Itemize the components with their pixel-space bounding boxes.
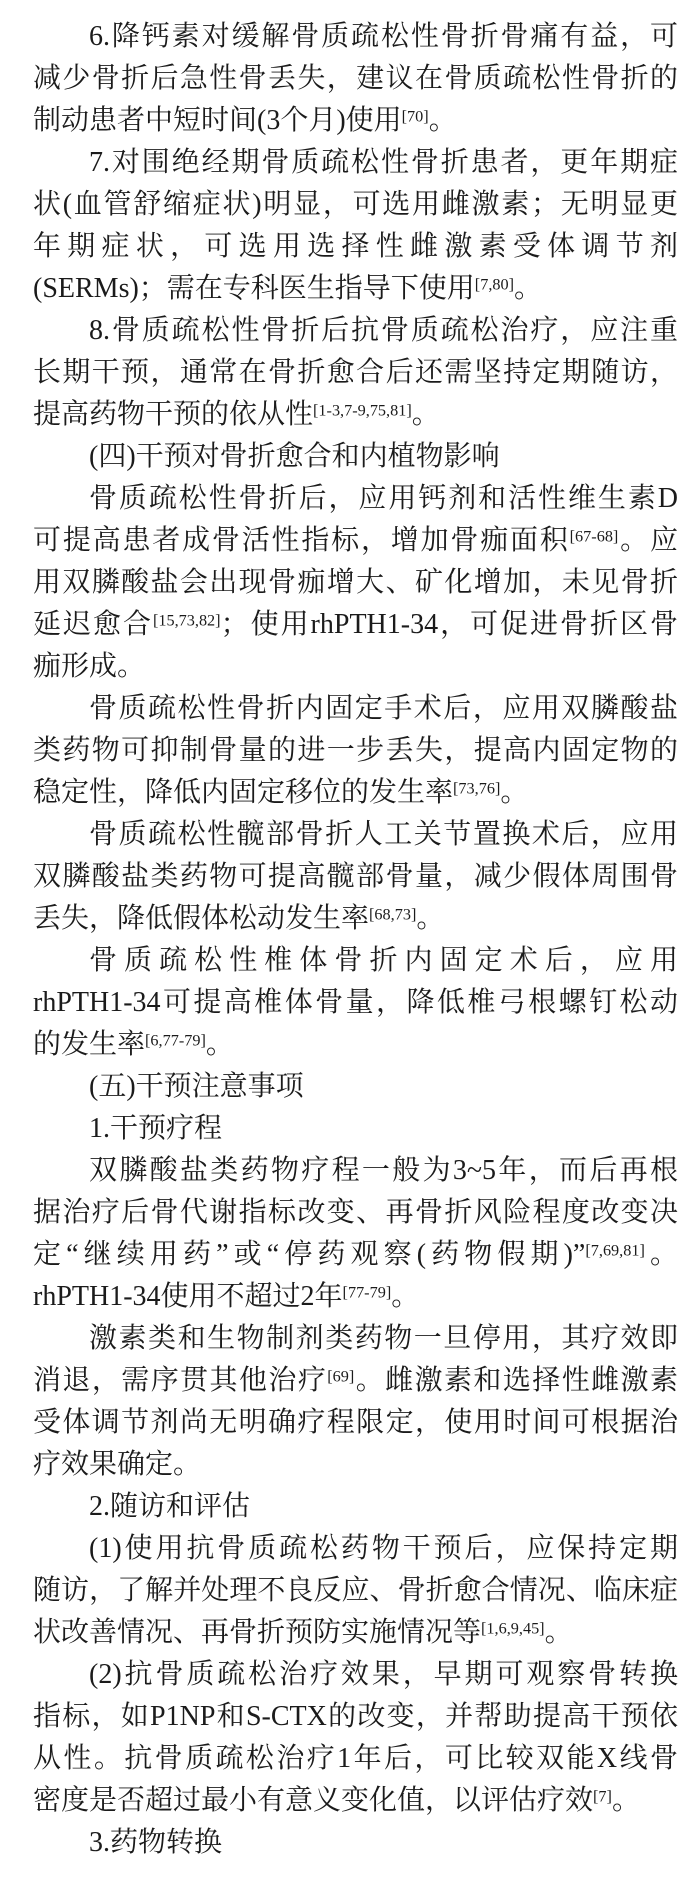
text-run: 。 — [416, 903, 444, 934]
text-line: 消退，需序贯其他治疗[69]。雌激素和选择性雌激素 — [33, 1360, 678, 1402]
text-run: 。 — [391, 1281, 419, 1312]
text-run: rhPTH1-34可提高椎体骨量，降低椎弓根螺钉松动 — [33, 987, 678, 1018]
text-run: 双膦酸盐类药物可提高髋部骨量，减少假体周围骨 — [33, 861, 678, 892]
text-line: 据治疗后骨代谢指标改变、再骨折风险程度改变决 — [33, 1192, 678, 1234]
citation-ref: [70] — [402, 108, 429, 126]
text-line: (五)干预注意事项 — [33, 1066, 678, 1108]
text-line: 指标，如P1NP和S-CTX的改变，并帮助提高干预依 — [33, 1696, 678, 1738]
text-run: 。 — [429, 105, 457, 136]
text-run: 用双膦酸盐会出现骨痂增大、矿化增加，未见骨折 — [33, 567, 678, 598]
text-run: 消退，需序贯其他治疗 — [33, 1365, 327, 1396]
text-run: 据治疗后骨代谢指标改变、再骨折风险程度改变决 — [33, 1197, 678, 1228]
text-run: 6.降钙素对缓解骨质疏松性骨折骨痛有益，可 — [89, 21, 678, 52]
text-line: 丢失，降低假体松动发生率[68,73]。 — [33, 898, 678, 940]
text-run: 。 — [645, 1239, 678, 1270]
text-line: 可提高患者成骨活性指标，增加骨痂面积[67-68]。应 — [33, 520, 678, 562]
citation-ref: [1-3,7-9,75,81] — [313, 402, 412, 420]
text-run: 激素类和生物制剂类药物一旦停用，其疗效即 — [89, 1323, 678, 1354]
text-run: 骨质疏松性骨折后，应用钙剂和活性维生素D — [89, 483, 678, 514]
citation-ref: [69] — [327, 1368, 354, 1386]
citation-ref: [15,73,82] — [153, 612, 221, 630]
text-line: 密度是否超过最小有意义变化值，以评估疗效[7]。 — [33, 1780, 678, 1822]
text-run: 8.骨质疏松性骨折后抗骨质疏松治疗，应注重 — [89, 315, 678, 346]
text-run: 丢失，降低假体松动发生率 — [33, 903, 369, 934]
text-run: 。应 — [618, 525, 678, 556]
text-run: 。 — [412, 399, 440, 430]
text-line: 随访，了解并处理不良反应、骨折愈合情况、临床症 — [33, 1570, 678, 1612]
text-run: 。 — [545, 1617, 573, 1648]
text-line: 定“继续用药”或“停药观察(药物假期)”[7,69,81]。 — [33, 1234, 678, 1276]
citation-ref: [73,76] — [453, 780, 500, 798]
text-line: rhPTH1-34可提高椎体骨量，降低椎弓根螺钉松动 — [33, 982, 678, 1024]
text-run: 的发生率 — [33, 1029, 145, 1060]
text-line: 痂形成。 — [33, 646, 678, 688]
text-run: 。 — [612, 1785, 640, 1816]
text-line: 年期症状，可选用选择性雌激素受体调节剂 — [33, 226, 678, 268]
text-line: 疗效果确定。 — [33, 1444, 678, 1486]
text-line: (四)干预对骨折愈合和内植物影响 — [33, 436, 678, 478]
text-run: 密度是否超过最小有意义变化值，以评估疗效 — [33, 1785, 593, 1816]
text-line: (SERMs)；需在专科医生指导下使用[7,80]。 — [33, 268, 678, 310]
text-line: 制动患者中短时间(3个月)使用[70]。 — [33, 100, 678, 142]
text-run: (2)抗骨质疏松治疗效果，早期可观察骨转换 — [89, 1659, 678, 1690]
text-run: 制动患者中短时间(3个月)使用 — [33, 105, 402, 136]
text-run: 稳定性，降低内固定移位的发生率 — [33, 777, 453, 808]
text-line: 2.随访和评估 — [33, 1486, 678, 1528]
text-run: 3.药物转换 — [89, 1827, 222, 1858]
citation-ref: [77-79] — [343, 1284, 392, 1302]
text-line: 长期干预，通常在骨折愈合后还需坚持定期随访， — [33, 352, 678, 394]
text-line: 状(血管舒缩症状)明显，可选用雌激素；无明显更 — [33, 184, 678, 226]
text-line: 双膦酸盐类药物可提高髋部骨量，减少假体周围骨 — [33, 856, 678, 898]
text-line: 骨质疏松性椎体骨折内固定术后，应用 — [33, 940, 678, 982]
citation-ref: [6,77-79] — [145, 1032, 206, 1050]
text-run: 随访，了解并处理不良反应、骨折愈合情况、临床症 — [33, 1575, 678, 1606]
text-line: 受体调节剂尚无明确疗程限定，使用时间可根据治 — [33, 1402, 678, 1444]
citation-ref: [1,6,9,45] — [481, 1620, 545, 1638]
citation-ref: [7,80] — [475, 276, 514, 294]
text-run: 状(血管舒缩症状)明显，可选用雌激素；无明显更 — [33, 189, 678, 220]
text-run: 。雌激素和选择性雌激素 — [354, 1365, 678, 1396]
text-run: (四)干预对骨折愈合和内植物影响 — [89, 441, 500, 472]
text-line: 7.对围绝经期骨质疏松性骨折患者，更年期症 — [33, 142, 678, 184]
text-run: 疗效果确定。 — [33, 1449, 201, 1480]
text-line: 减少骨折后急性骨丢失，建议在骨质疏松性骨折的 — [33, 58, 678, 100]
text-line: 的发生率[6,77-79]。 — [33, 1024, 678, 1066]
text-line: 类药物可抑制骨量的进一步丢失，提高内固定物的 — [33, 730, 678, 772]
citation-ref: [67-68] — [570, 528, 619, 546]
text-line: 骨质疏松性骨折内固定手术后，应用双膦酸盐 — [33, 688, 678, 730]
document-body: 6.降钙素对缓解骨质疏松性骨折骨痛有益，可减少骨折后急性骨丢失，建议在骨质疏松性… — [0, 0, 690, 1864]
text-run: 提高药物干预的依从性 — [33, 399, 313, 430]
citation-ref: [7] — [593, 1788, 612, 1806]
text-run: 骨质疏松性髋部骨折人工关节置换术后，应用 — [89, 819, 678, 850]
text-run: 2.随访和评估 — [89, 1491, 250, 1522]
text-run: 受体调节剂尚无明确疗程限定，使用时间可根据治 — [33, 1407, 678, 1438]
text-run: (五)干预注意事项 — [89, 1071, 304, 1102]
text-line: 用双膦酸盐会出现骨痂增大、矿化增加，未见骨折 — [33, 562, 678, 604]
text-run: 可提高患者成骨活性指标，增加骨痂面积 — [33, 525, 570, 556]
text-run: 从性。抗骨质疏松治疗1年后，可比较双能X线骨 — [33, 1743, 678, 1774]
text-run: 双膦酸盐类药物疗程一般为3~5年，而后再根 — [89, 1155, 678, 1186]
citation-ref: [7,69,81] — [585, 1242, 645, 1260]
text-line: 3.药物转换 — [33, 1822, 678, 1864]
text-run: 延迟愈合 — [33, 609, 153, 640]
text-run: 状改善情况、再骨折预防实施情况等 — [33, 1617, 481, 1648]
text-run: ；使用rhPTH1-34，可促进骨折区骨 — [221, 609, 678, 640]
text-line: 6.降钙素对缓解骨质疏松性骨折骨痛有益，可 — [33, 16, 678, 58]
text-line: 稳定性，降低内固定移位的发生率[73,76]。 — [33, 772, 678, 814]
text-run: 长期干预，通常在骨折愈合后还需坚持定期随访， — [33, 357, 678, 388]
text-line: 提高药物干预的依从性[1-3,7-9,75,81]。 — [33, 394, 678, 436]
text-run: 定“继续用药”或“停药观察(药物假期)” — [33, 1239, 585, 1270]
text-line: 8.骨质疏松性骨折后抗骨质疏松治疗，应注重 — [33, 310, 678, 352]
text-line: 激素类和生物制剂类药物一旦停用，其疗效即 — [33, 1318, 678, 1360]
text-line: 延迟愈合[15,73,82]；使用rhPTH1-34，可促进骨折区骨 — [33, 604, 678, 646]
text-line: 状改善情况、再骨折预防实施情况等[1,6,9,45]。 — [33, 1612, 678, 1654]
text-run: 7.对围绝经期骨质疏松性骨折患者，更年期症 — [89, 147, 678, 178]
text-line: 双膦酸盐类药物疗程一般为3~5年，而后再根 — [33, 1150, 678, 1192]
text-run: 痂形成。 — [33, 651, 145, 682]
text-line: rhPTH1-34使用不超过2年[77-79]。 — [33, 1276, 678, 1318]
text-run: 指标，如P1NP和S-CTX的改变，并帮助提高干预依 — [33, 1701, 678, 1732]
text-run: 年期症状，可选用选择性雌激素受体调节剂 — [33, 231, 678, 262]
text-run: 。 — [206, 1029, 234, 1060]
text-run: 。 — [500, 777, 528, 808]
text-line: 从性。抗骨质疏松治疗1年后，可比较双能X线骨 — [33, 1738, 678, 1780]
citation-ref: [68,73] — [369, 906, 416, 924]
text-run: 1.干预疗程 — [89, 1113, 222, 1144]
text-line: (2)抗骨质疏松治疗效果，早期可观察骨转换 — [33, 1654, 678, 1696]
text-line: 骨质疏松性骨折后，应用钙剂和活性维生素D — [33, 478, 678, 520]
text-line: 骨质疏松性髋部骨折人工关节置换术后，应用 — [33, 814, 678, 856]
text-run: (SERMs)；需在专科医生指导下使用 — [33, 273, 475, 304]
text-run: (1)使用抗骨质疏松药物干预后，应保持定期 — [89, 1533, 678, 1564]
text-run: 减少骨折后急性骨丢失，建议在骨质疏松性骨折的 — [33, 63, 678, 94]
text-run: 骨质疏松性椎体骨折内固定术后，应用 — [89, 945, 678, 976]
text-line: (1)使用抗骨质疏松药物干预后，应保持定期 — [33, 1528, 678, 1570]
text-run: 骨质疏松性骨折内固定手术后，应用双膦酸盐 — [89, 693, 678, 724]
text-run: rhPTH1-34使用不超过2年 — [33, 1281, 343, 1312]
text-run: 。 — [514, 273, 542, 304]
text-line: 1.干预疗程 — [33, 1108, 678, 1150]
text-run: 类药物可抑制骨量的进一步丢失，提高内固定物的 — [33, 735, 678, 766]
